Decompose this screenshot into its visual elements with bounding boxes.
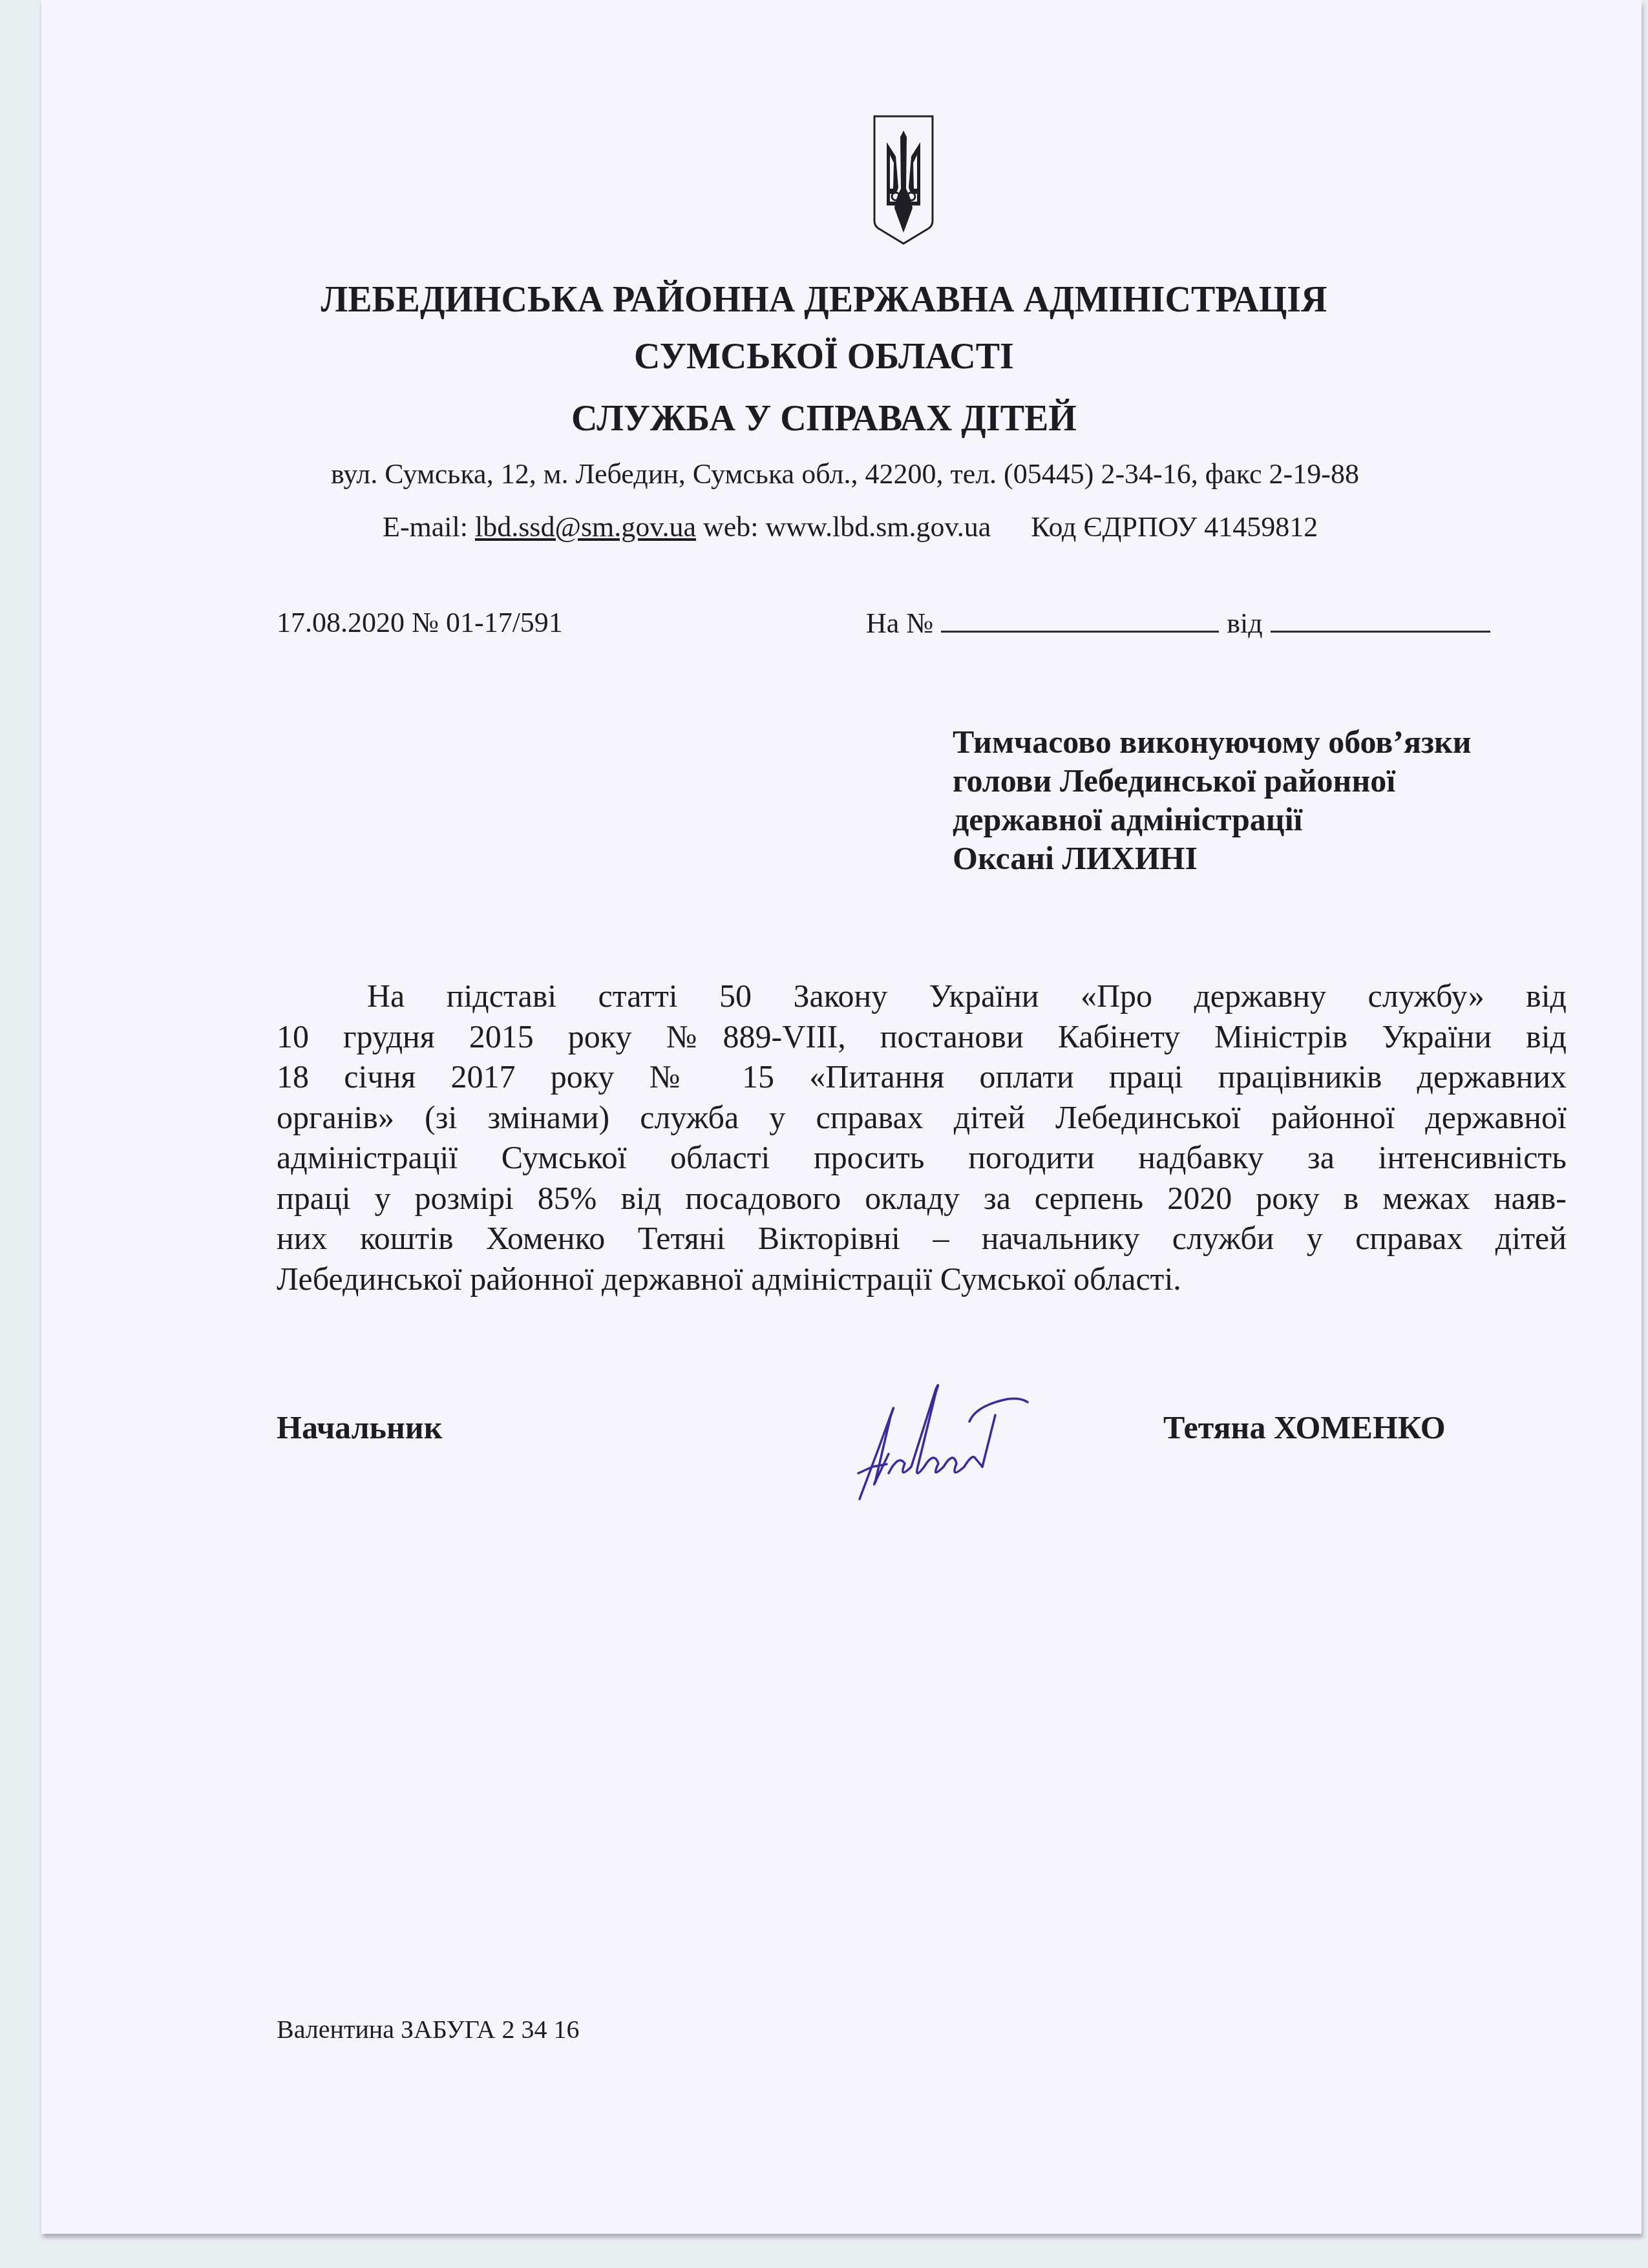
body-line: 18 січня 2017 року № 15 «Питання оплати … [277, 1056, 1567, 1097]
web-link[interactable]: www.lbd.sm.gov.ua [766, 511, 991, 543]
web-label: web: [703, 511, 759, 543]
body-line: праці у розмірі 85% від посадового оклад… [277, 1178, 1567, 1219]
outgoing-reference: 17.08.2020 № 01-17/591 [277, 606, 563, 639]
signatory-title: Начальник [277, 1409, 442, 1446]
incoming-date-label: від [1227, 607, 1262, 639]
addressee-block: Тимчасово виконуючому обов’язки голови Л… [953, 722, 1472, 877]
body-line: Лебединської районної державної адмініст… [277, 1259, 1567, 1299]
addressee-name: Оксані ЛИХИНІ [953, 839, 1472, 877]
body-line: органів» (зі змінами) служба у справах д… [277, 1097, 1567, 1138]
letter-body: На підставі статті 50 Закону України «Пр… [277, 976, 1567, 1299]
org-name-line3: СЛУЖБА У СПРАВАХ ДІТЕЙ [0, 398, 1648, 439]
executor-note: Валентина ЗАБУГА 2 34 16 [277, 2014, 579, 2044]
handwritten-signature-icon [853, 1376, 1066, 1506]
body-line: На підставі статті 50 Закону України «Пр… [277, 976, 1567, 1016]
body-line: 10 грудня 2015 року №889-VIII, постанови… [277, 1016, 1567, 1057]
incoming-reference: На №від [866, 606, 1490, 640]
incoming-number-blank [941, 606, 1219, 633]
addressee-line: голови Лебединської районної [953, 761, 1472, 800]
org-name-line2: СУМСЬКОЇ ОБЛАСТІ [0, 336, 1648, 377]
incoming-number-label: На № [866, 607, 933, 639]
coat-of-arms-icon [872, 111, 935, 247]
contact-line: E-mail: lbd.ssd@sm.gov.ua web: www.lbd.s… [383, 510, 1318, 543]
edrpou-code: Код ЄДРПОУ 41459812 [1031, 511, 1318, 543]
org-name-line1: ЛЕБЕДИНСЬКА РАЙОННА ДЕРЖАВНА АДМІНІСТРАЦ… [0, 279, 1648, 320]
org-address: вул. Сумська, 12, м. Лебедин, Сумська об… [331, 457, 1359, 490]
body-line: адміністрації Сумської області просить п… [277, 1137, 1567, 1178]
addressee-line: державної адміністрації [953, 800, 1472, 839]
body-line: них коштів Хоменко Тетяні Вікторівні – н… [277, 1218, 1567, 1259]
email-link[interactable]: lbd.ssd@sm.gov.ua [475, 511, 696, 543]
incoming-date-blank [1271, 606, 1490, 633]
signatory-name: Тетяна ХОМЕНКО [1163, 1409, 1446, 1446]
addressee-line: Тимчасово виконуючому обов’язки [953, 722, 1472, 761]
email-label: E-mail: [383, 511, 468, 543]
